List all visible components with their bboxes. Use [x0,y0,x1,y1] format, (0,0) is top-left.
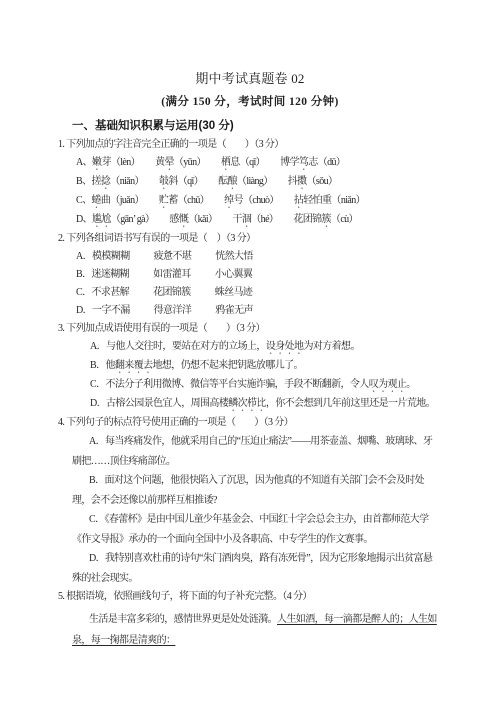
option-label: B． [90,360,105,371]
word-and-pinyin: （yūn） [174,157,206,168]
word-and-pinyin: 蓄（chǔ） [168,195,209,206]
word-and-pinyin: （cù） [331,214,358,225]
sentence-text: 不法分子利用微博、微信等平台实施诈骗，手段不断翻新，令人 [105,379,368,390]
word-item: 蛛丝马迹 [215,287,253,298]
word-item: 不求甚解 [91,287,129,298]
word-and-pinyin: 斜（qī） [168,176,203,187]
sentence-text: 古榕公园景色宜人，周围高楼 [106,398,228,409]
option-paragraph: B．面对这个问题，他很快陷入了沉思，因为他真的不知道有关部门会不会及时处理，会不… [72,471,438,510]
dotted-char: 捻 [101,176,110,187]
question-stem: 2. 下列各组词语书写有误的一项是（ ）（3 分） [58,230,500,248]
word-item: 恍然大悟 [215,251,253,262]
option-label: D、 [76,214,92,225]
option-line: A．与他人交往时，要站在对方的立场上，设身处地为对方着想。 [76,338,500,357]
option-line: C．不法分子利用微博、微信等平台实施诈骗，手段不断翻新，令人叹为观止。 [76,376,500,395]
word-and-pinyin: 曲（juǎn） [101,195,144,206]
dotted-char: 尴尬 [92,214,111,225]
option-paragraph: A．每当疼痛发作，他就采用自己的“压迫止痛法”——用茶壶盖、烟嘴、玻璃球、牙刷把… [72,432,438,471]
dotted-char: 栖 [221,157,230,168]
option-label: D． [90,398,106,409]
dotted-char: 簇 [322,214,331,225]
option-line: D、尴尬（gān’ gà）感慨（kǎi）干涸（hé）花团锦簇（cù） [76,211,500,230]
question-stem: 3. 下列加点成语使用有误的一项是（ ）（3 分） [58,320,500,338]
option-label: A． [90,341,106,352]
word-and-pinyin: （liàng） [237,176,273,187]
option-line: D．一字不漏得意洋洋鸦雀无声 [76,302,500,320]
dotted-char: 晕 [164,157,173,168]
word-and-pinyin: （sǒu） [307,176,338,187]
question-stem: 5. 根据语境，依照画线句子，将下面的句子补充完整。（4 分） [58,588,500,606]
word-part: 花团锦 [293,214,321,225]
score-time-line: (满分 150 分，考试时间 120 分钟) [0,95,500,110]
dotted-idiom: 翻来覆去 [115,360,153,371]
word-and-pinyin: （niǎn） [110,176,144,187]
option-label: B、 [76,176,91,187]
sentence-text: 与他人交往时，要站在对方的立场上， [106,341,266,352]
sentence-text: 地想，仍想不起来把钥匙放哪儿了。 [153,360,303,371]
word-item: 鸦雀无声 [215,305,253,316]
word-and-pinyin: 芽（lèn） [101,157,140,168]
option-line: D．古榕公园景色宜人，周围高楼鳞次栉比，你不会想到几年前这里还是一片荒地。 [76,395,500,414]
option-label: C． [76,287,91,298]
word-and-pinyin: 息（qī） [230,157,265,168]
option-label: D． [89,553,105,564]
dotted-char: 贮 [159,195,168,206]
word-item: 如雷灌耳 [153,269,191,280]
option-label: C、 [76,195,91,206]
option-line: B．他翻来覆去地想，仍想不起来把钥匙放哪儿了。 [76,357,500,376]
page-title: 期中考试真题卷 02 [0,0,500,88]
option-label: B． [76,269,91,280]
question-stem: 4. 下列句子的标点符号使用正确的一项是（ ）（3 分） [58,414,500,432]
dotted-char: 蜷 [91,195,100,206]
word-item: 花团锦簇 [153,287,191,298]
option-line: A、嫩芽（lèn）黄晕（yūn）栖息（qī）博学笃志（dǔ） [76,154,500,173]
option-line: B、搓捻（niǎn）攲斜（qī）酝酿（liàng）抖擞（sǒu） [76,173,500,192]
word-and-pinyin: 号（chuò） [234,195,279,206]
option-label: A． [89,436,105,447]
option-label: D． [76,305,92,316]
word-part: 博学 [280,157,299,168]
sentence-text: ，你不会想到几年前这里还是一片荒地。 [266,398,435,409]
cloze-paragraph: 生活是丰富多彩的，感情世界更是处处涟漪。人生如酒，每一滴都是醉人的；人生如泉，每… [72,609,438,651]
dotted-idiom: 鳞次栉比 [228,398,266,409]
word-and-pinyin: （gān’ gà） [111,214,155,225]
option-line: B．迷迷糊糊如雷灌耳小心翼翼 [76,266,500,284]
dotted-char: 笃 [299,157,308,168]
option-paragraph: C．《春蕾杯》是由中国儿童少年基金会、中国红十字会总会主办，由首都师范大学《作文… [72,510,438,549]
dotted-idiom: 叹为观止 [369,379,407,390]
option-text: 面对这个问题，他很快陷入了沉思，因为他真的不知道有关部门会不会及时处理，会不会还… [72,475,424,506]
word-part: 感 [169,214,178,225]
paragraph-text: 生活是丰富多彩的，感情世界更是处处涟漪。 [89,614,277,625]
word-and-pinyin: （hé） [251,214,278,225]
option-label: B． [89,475,104,486]
question-stem: 1. 下列加点的字注音完全正确的一项是（ ）（3 分） [58,136,500,154]
option-paragraph: D．我特别喜欢杜甫的诗句“朱门酒肉臭，路有冻死骨”，因为它形象地揭示出贫富悬殊的… [72,549,438,588]
word-and-pinyin: 志（dǔ） [308,157,345,168]
word-part: 酝 [218,176,227,187]
sentence-text: 。 [406,379,415,390]
word-and-pinyin: （kǎi） [188,214,217,225]
word-and-pinyin: 轻怕重（niǎn） [303,195,365,206]
word-part: 干 [232,214,241,225]
option-line: C．不求甚解花团锦簇蛛丝马迹 [76,284,500,302]
word-item: 小心翼翼 [215,269,253,280]
dotted-char: 拈 [294,195,303,206]
word-item: 一字不漏 [92,305,130,316]
dotted-char: 慨 [179,214,188,225]
word-item: 得意洋洋 [154,305,192,316]
sentence-text: 为对方着想。 [303,341,359,352]
word-item: 疲惫不堪 [154,251,192,262]
word-part: 抖 [288,176,297,187]
option-label: A、 [76,157,92,168]
option-text: 我特别喜欢杜甫的诗句“朱门酒肉臭，路有冻死骨”，因为它形象地揭示出贫富悬殊的社会… [72,553,432,584]
dotted-char: 酿 [228,176,237,187]
dotted-char: 绰 [224,195,233,206]
sentence-text: 他 [105,360,114,371]
option-text: 每当疼痛发作，他就采用自己的“压迫止痛法”——用茶壶盖、烟嘴、玻璃球、牙刷把……… [72,436,432,467]
dotted-char: 擞 [297,176,306,187]
option-label: A． [76,251,92,262]
exam-paper-page: 期中考试真题卷 02 (满分 150 分，考试时间 120 分钟) 一、基础知识… [0,0,500,707]
questions-container: 1. 下列加点的字注音完全正确的一项是（ ）（3 分）A、嫩芽（lèn）黄晕（y… [0,136,500,651]
option-line: C、蜷曲（juǎn）贮蓄（chǔ）绰号（chuò）拈轻怕重（niǎn） [76,192,500,211]
dotted-idiom: 设身处地 [266,341,304,352]
word-item: 迷迷糊糊 [91,269,129,280]
option-label: C． [89,514,104,525]
word-part: 搓 [91,176,100,187]
option-line: A．模模糊糊疲惫不堪恍然大悟 [76,248,500,266]
dotted-char: 涸 [242,214,251,225]
dotted-char: 攲 [159,176,168,187]
option-text: 《春蕾杯》是由中国儿童少年基金会、中国红十字会总会主办，由首都师范大学《作文导报… [72,514,428,545]
section-heading: 一、基础知识积累与运用(30 分) [72,119,500,134]
word-item: 模模糊糊 [92,251,130,262]
option-label: C． [90,379,105,390]
